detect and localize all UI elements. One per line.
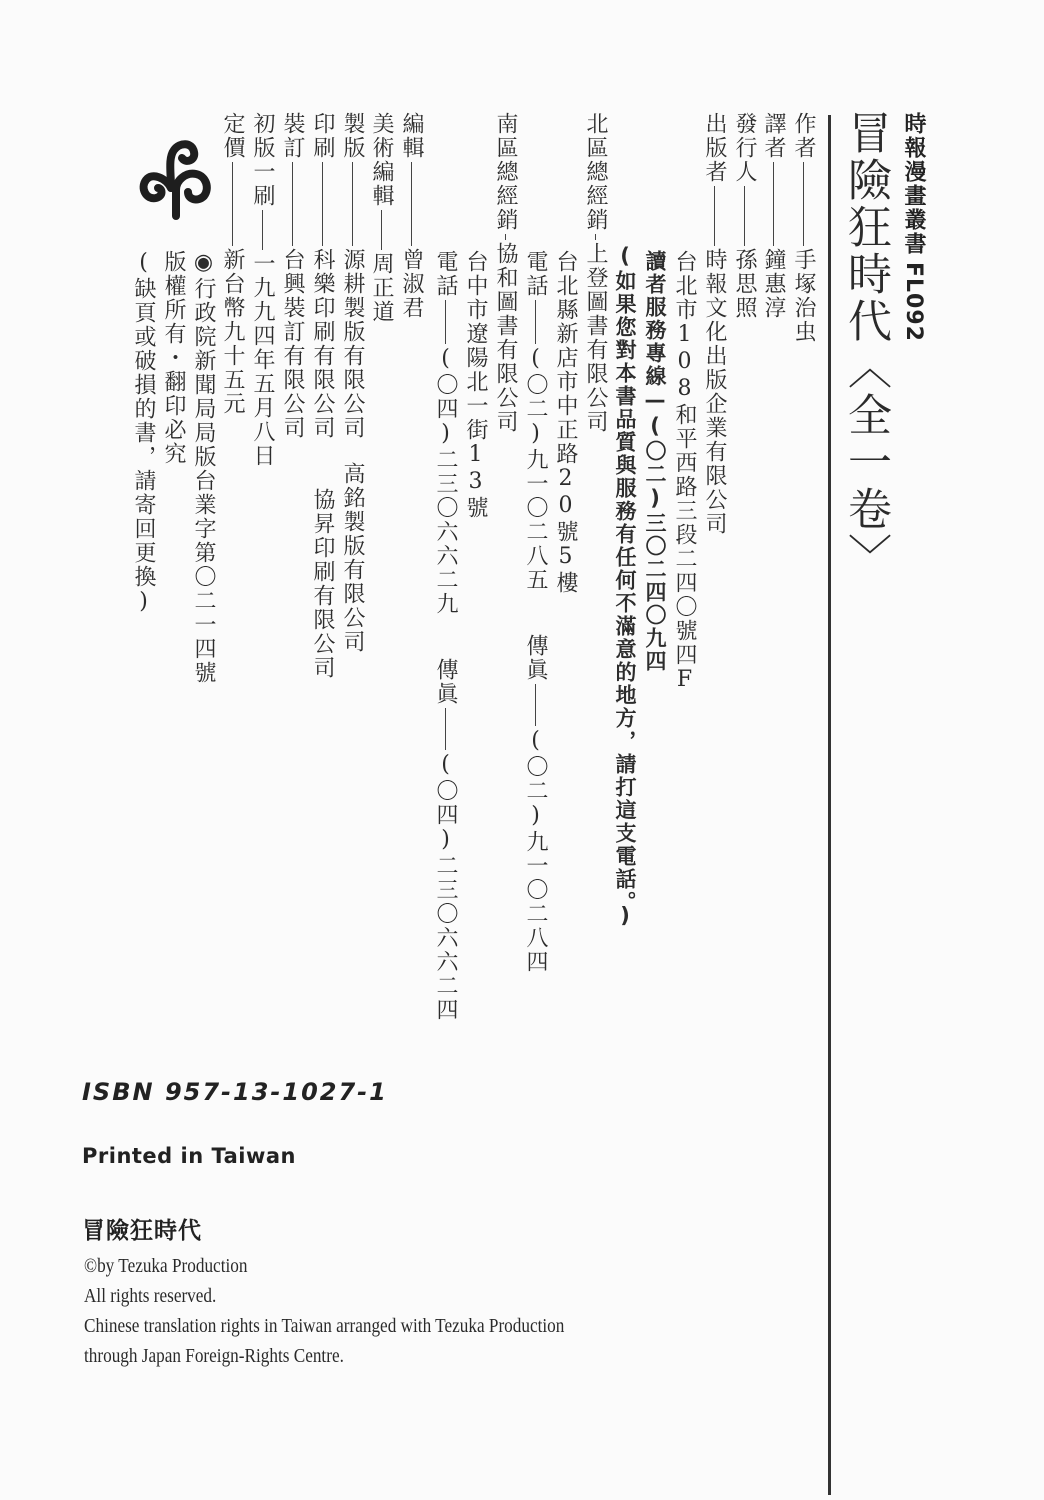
leader-line bbox=[352, 162, 353, 246]
binding-entry: 裝訂台興裝訂有限公司 bbox=[281, 112, 303, 440]
price-value: 新台幣九十五元 bbox=[220, 248, 245, 416]
leader-line bbox=[445, 708, 446, 750]
publisher-logo-icon bbox=[138, 128, 214, 220]
south-distributor-value: 協和圖書有限公司 bbox=[493, 242, 518, 434]
art-editor-label: 美術編輯 bbox=[369, 112, 394, 208]
book-title: 冒險狂時代〈全一卷〉 bbox=[843, 110, 887, 580]
author-value: 手塚治虫 bbox=[791, 248, 816, 344]
publisher-value: 時報文化出版企業有限公司 bbox=[702, 248, 727, 536]
translator-label: 譯者 bbox=[761, 112, 786, 160]
plate-making-entry: 製版源耕製版有限公司高銘製版有限公司 bbox=[341, 112, 363, 654]
leader-line bbox=[803, 162, 804, 246]
editor-label: 編輯 bbox=[399, 112, 424, 160]
price-entry: 定價新台幣九十五元 bbox=[221, 112, 243, 416]
south-distributor-entry: 南區總經銷協和圖書有限公司 bbox=[494, 112, 516, 434]
printing-value-2: 協昇印刷有限公司 bbox=[310, 488, 335, 680]
north-distributor-contact: 電話(〇二)九一〇二八五傳眞(〇二)九一〇二八四 bbox=[524, 250, 546, 974]
art-editor-value: 周正道 bbox=[369, 252, 394, 324]
phone-number: (〇二)九一〇二八五 bbox=[523, 346, 548, 592]
editor-value: 曾淑君 bbox=[399, 248, 424, 320]
credit-line: Chinese translation rights in Taiwan arr… bbox=[84, 1311, 686, 1341]
leader-line bbox=[232, 162, 233, 246]
leader-line bbox=[381, 210, 382, 250]
leader-line bbox=[773, 162, 774, 246]
translator-entry: 譯者鐘惠淳 bbox=[762, 112, 784, 320]
north-distributor-label: 北區總經銷 bbox=[583, 112, 608, 232]
credit-line: through Japan Foreign-Rights Centre. bbox=[84, 1341, 686, 1371]
isbn: ISBN 957-13-1027-1 bbox=[82, 1078, 388, 1106]
plate-making-label: 製版 bbox=[340, 112, 365, 160]
credit-line: All rights reserved. bbox=[84, 1281, 686, 1311]
series-line: 時報漫畫叢書FL092 bbox=[902, 112, 924, 342]
first-edition-entry: 初版一刷一九九四年五月八日 bbox=[251, 112, 273, 468]
fax-label: 傳眞 bbox=[433, 658, 458, 706]
first-edition-value: 一九九四年五月八日 bbox=[250, 252, 275, 468]
issuer-value: 孫思照 bbox=[732, 248, 757, 320]
north-distributor-entry: 北區總經銷上登圖書有限公司 bbox=[584, 112, 606, 434]
leader-line bbox=[535, 300, 536, 344]
plate-making-value: 源耕製版有限公司 bbox=[340, 248, 365, 440]
phone-label: 電話 bbox=[433, 250, 458, 298]
vertical-rule-divider bbox=[828, 115, 831, 1495]
leader-line bbox=[535, 684, 536, 726]
reader-service-note: (如果您對本書品質與服務有任何不滿意的地方，請打這支電話。) bbox=[614, 244, 635, 930]
author-label: 作者 bbox=[792, 112, 814, 160]
art-editor-entry: 美術編輯周正道 bbox=[370, 112, 392, 324]
printing-value: 科樂印刷有限公司 bbox=[310, 248, 335, 440]
fax-label: 傳眞 bbox=[523, 634, 548, 682]
leader-line bbox=[292, 162, 293, 246]
leader-line bbox=[744, 186, 745, 246]
copyright-notice: 版權所有・翻印必究 bbox=[162, 250, 184, 466]
reader-service-line: 讀者服務專線—(〇二)三〇二四〇九四 bbox=[644, 250, 665, 673]
return-note: (缺頁或破損的書，請寄回更換) bbox=[132, 250, 154, 616]
printing-label: 印刷 bbox=[310, 112, 335, 160]
publisher-address: 台北市108和平西路三段二四〇號四F bbox=[673, 250, 695, 694]
leader-line bbox=[262, 210, 263, 250]
first-edition-label: 初版一刷 bbox=[250, 112, 275, 208]
printing-entry: 印刷科樂印刷有限公司協昇印刷有限公司 bbox=[311, 112, 333, 680]
phone-label: 電話 bbox=[523, 250, 548, 298]
fax-number: (〇四)二三〇六六二四 bbox=[433, 752, 458, 1022]
issuer-label: 發行人 bbox=[732, 112, 757, 184]
series-code: FL092 bbox=[901, 262, 926, 342]
south-distributor-address: 台中市遼陽北一街13號 bbox=[464, 250, 486, 520]
phone-number: (〇四)二三〇六六二九 bbox=[433, 346, 458, 616]
credits-block: ©by Tezuka Production All rights reserve… bbox=[84, 1251, 686, 1371]
north-distributor-value: 上登圖書有限公司 bbox=[583, 242, 608, 434]
plate-making-value-2: 高銘製版有限公司 bbox=[340, 462, 365, 654]
leader-line bbox=[411, 162, 412, 246]
binding-value: 台興裝訂有限公司 bbox=[280, 248, 305, 440]
binding-label: 裝訂 bbox=[280, 112, 305, 160]
translator-value: 鐘惠淳 bbox=[761, 248, 786, 320]
leader-line bbox=[505, 234, 506, 240]
fax-number: (〇二)九一〇二八四 bbox=[523, 728, 548, 974]
leader-line bbox=[595, 234, 596, 240]
issuer-entry: 發行人孫思照 bbox=[733, 112, 755, 320]
publisher-label: 出版者 bbox=[702, 112, 727, 184]
publisher-entry: 出版者時報文化出版企業有限公司 bbox=[703, 112, 725, 536]
registration-number: ◉行政院新聞局局版台業字第〇二一四號 bbox=[192, 250, 214, 685]
south-distributor-label: 南區總經銷 bbox=[493, 112, 518, 232]
price-label: 定價 bbox=[220, 112, 245, 160]
south-distributor-contact: 電話(〇四)二三〇六六二九傳眞(〇四)二三〇六六二四 bbox=[434, 250, 456, 1022]
credit-line: ©by Tezuka Production bbox=[84, 1251, 686, 1281]
leader-line bbox=[322, 162, 323, 246]
series-name: 時報漫畫叢書 bbox=[901, 112, 926, 256]
printed-in: Printed in Taiwan bbox=[82, 1144, 296, 1168]
author-entry: 作者手塚治虫 bbox=[792, 112, 814, 344]
editor-entry: 編輯曾淑君 bbox=[400, 112, 422, 320]
north-distributor-address: 台北縣新店市中正路20號5樓 bbox=[554, 250, 576, 595]
footer-title: 冒險狂時代 bbox=[82, 1212, 202, 1245]
leader-line bbox=[714, 186, 715, 246]
leader-line bbox=[445, 300, 446, 344]
